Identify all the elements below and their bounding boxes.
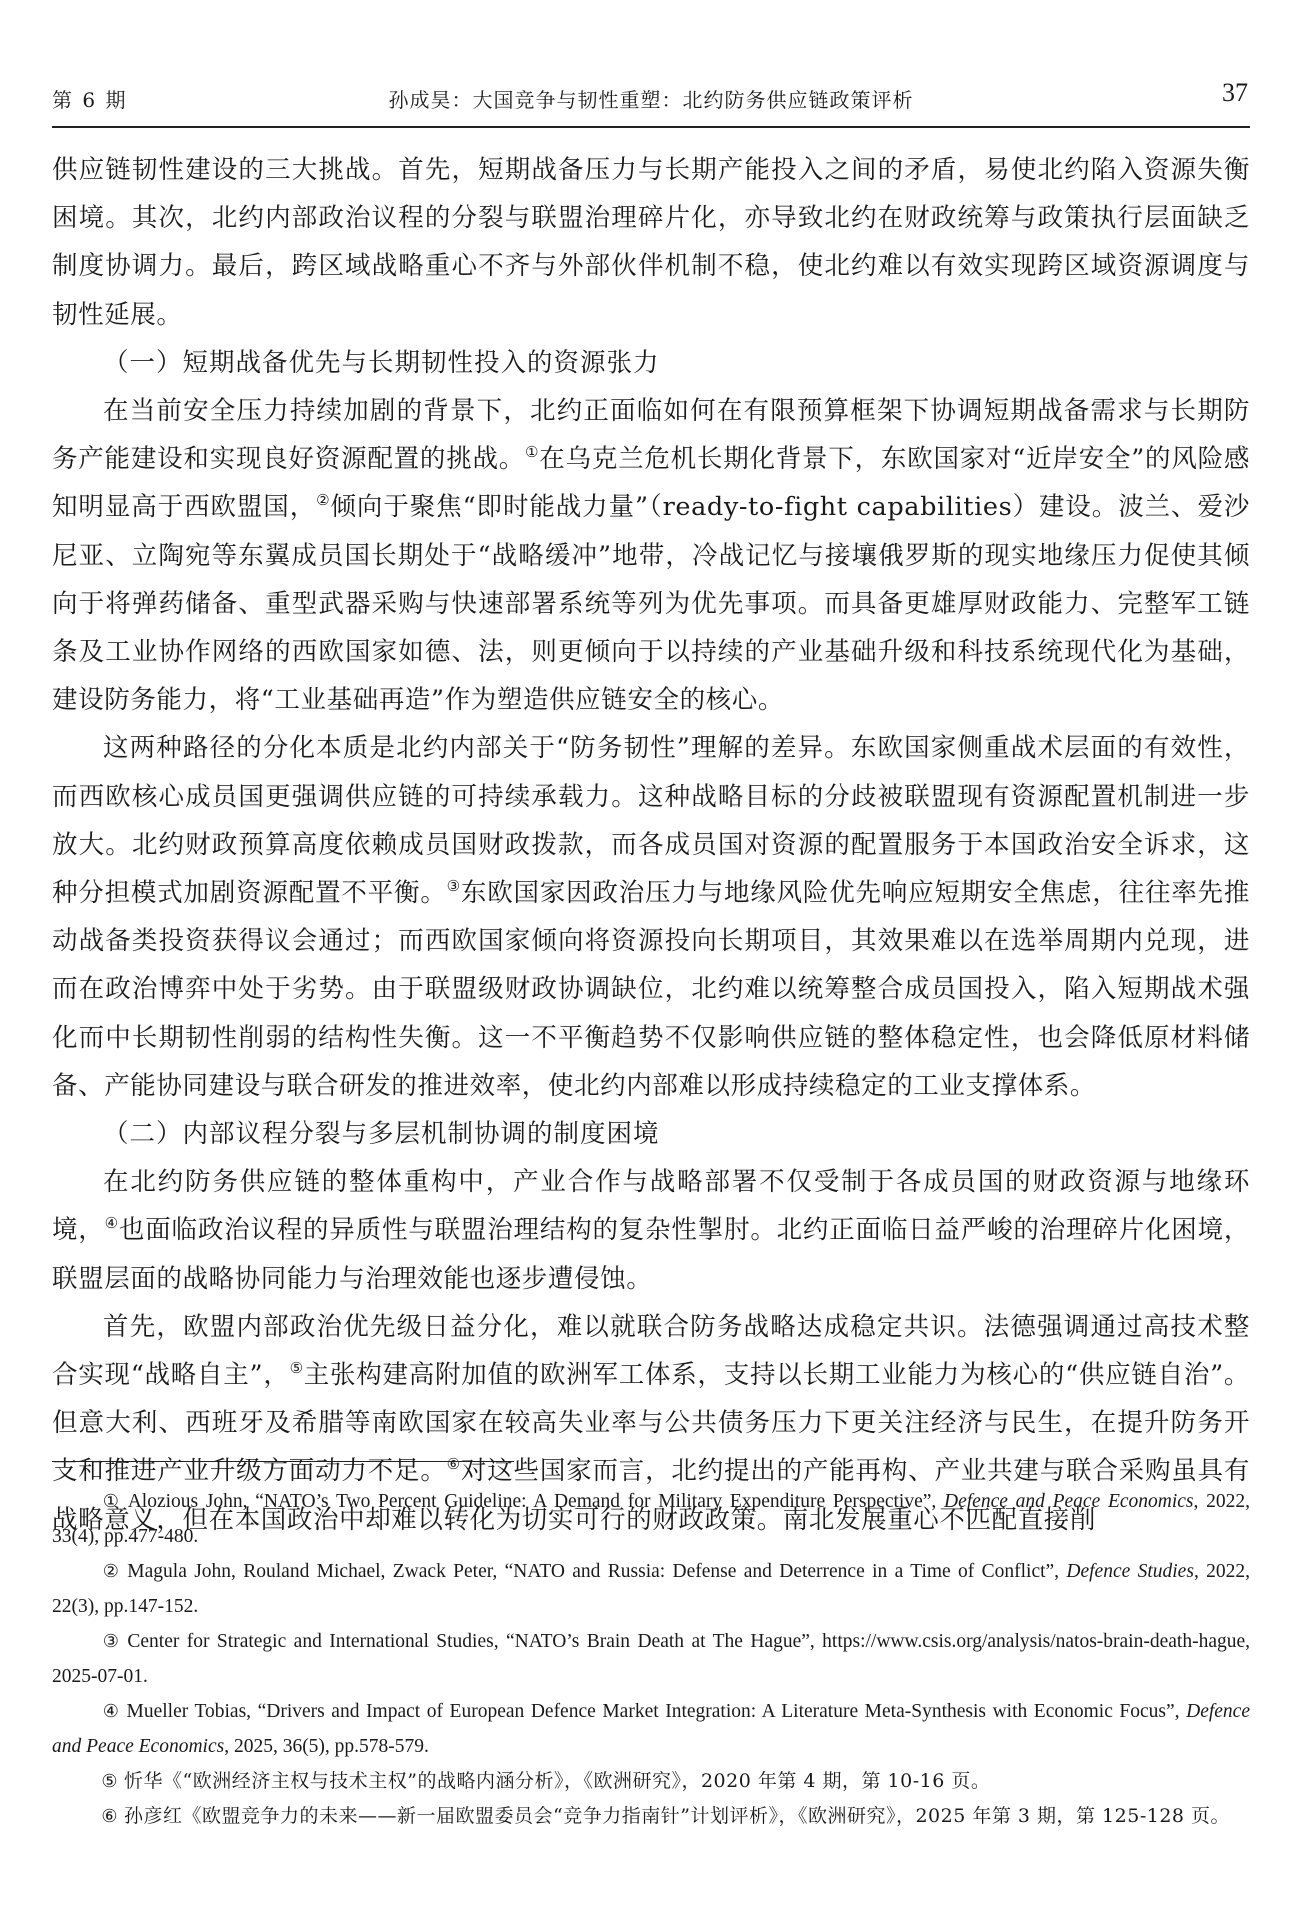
section-heading-2: （二）内部议程分裂与多层机制协调的制度困境: [52, 1110, 1250, 1158]
paragraph-text: 也面临政治议程的异质性与联盟治理结构的复杂性掣肘。北约正面临日益严峻的治理碎片化…: [52, 1215, 1250, 1293]
footnote-marker: ④: [103, 1701, 121, 1722]
footnote-marker: ③: [103, 1631, 122, 1652]
footnote-text: Magula John, Rouland Michael, Zwack Pete…: [127, 1561, 1066, 1582]
footnote-marker: ⑤: [101, 1771, 118, 1792]
paragraph: 在北约防务供应链的整体重构中，产业合作与战略部署不仅受制于各成员国的财政资源与地…: [52, 1158, 1250, 1303]
footnote-marker: ②: [103, 1561, 122, 1582]
footnote-marker: ①: [103, 1491, 122, 1512]
section-heading-1: （一）短期战备优先与长期韧性投入的资源张力: [52, 339, 1250, 387]
footnote-5: ⑤忻华《“欧洲经济主权与技术主权”的战略内涵分析》，《欧洲研究》，2020 年第…: [52, 1764, 1250, 1799]
footnote-1: ①Alozious John, “NATO’s Two Percent Guid…: [52, 1484, 1250, 1554]
running-title: 孙成昊：大国竞争与韧性重塑：北约防务供应链政策评析: [52, 84, 1250, 113]
footnote-ref-4[interactable]: ④: [105, 1214, 119, 1232]
footnotes: ①Alozious John, “NATO’s Two Percent Guid…: [52, 1484, 1250, 1834]
footnote-ref-5[interactable]: ⑤: [290, 1359, 304, 1377]
running-head: 第 6 期 孙成昊：大国竞争与韧性重塑：北约防务供应链政策评析 37: [52, 78, 1250, 118]
article-body: 供应链韧性建设的三大挑战。首先，短期战备压力与长期产能投入之间的矛盾，易使北约陷…: [52, 146, 1250, 1544]
footnote-journal: Defence and Peace Economics: [944, 1491, 1194, 1512]
footnote-journal: Defence Studies: [1066, 1561, 1194, 1582]
footnote-text: 忻华《“欧洲经济主权与技术主权”的战略内涵分析》，《欧洲研究》，2020 年第 …: [124, 1770, 990, 1792]
page-number: 37: [1222, 78, 1248, 108]
paragraph-text: 倾向于聚焦“即时能战力量”（ready-to-fight capabilitie…: [52, 492, 1250, 715]
footnote-ref-3[interactable]: ③: [447, 877, 461, 895]
paragraph-text: 供应链韧性建设的三大挑战。首先，短期战备压力与长期产能投入之间的矛盾，易使北约陷…: [52, 155, 1250, 330]
footnote-6: ⑥孙彦红《欧盟竞争力的未来——新一届欧盟委员会“竞争力指南针”计划评析》，《欧洲…: [52, 1799, 1250, 1834]
paragraph: 在当前安全压力持续加剧的背景下，北约正面临如何在有限预算框架下协调短期战备需求与…: [52, 387, 1250, 724]
paragraph: 供应链韧性建设的三大挑战。首先，短期战备压力与长期产能投入之间的矛盾，易使北约陷…: [52, 146, 1250, 339]
footnote-3: ③Center for Strategic and International …: [52, 1624, 1250, 1694]
footnote-2: ②Magula John, Rouland Michael, Zwack Pet…: [52, 1554, 1250, 1624]
footnote-ref-2[interactable]: ②: [316, 491, 330, 509]
paragraph-text: 东欧国家因政治压力与地缘风险优先响应短期安全焦虑，往往率先推动战备类投资获得议会…: [52, 878, 1250, 1101]
footnote-text-with-link[interactable]: Center for Strategic and International S…: [52, 1631, 1250, 1687]
footnote-tail: , 2025, 36(5), pp.578-579.: [224, 1736, 429, 1757]
footnote-text: Mueller Tobias, “Drivers and Impact of E…: [127, 1701, 1187, 1722]
footnote-text: Alozious John, “NATO’s Two Percent Guide…: [128, 1491, 944, 1512]
footnote-ref-1[interactable]: ①: [525, 443, 539, 461]
paragraph: 这两种路径的分化本质是北约内部关于“防务韧性”理解的差异。东欧国家侧重战术层面的…: [52, 724, 1250, 1110]
footnote-marker: ⑥: [101, 1806, 118, 1827]
footnote-text: 孙彦红《欧盟竞争力的未来——新一届欧盟委员会“竞争力指南针”计划评析》，《欧洲研…: [124, 1805, 1230, 1827]
footnote-4: ④Mueller Tobias, “Drivers and Impact of …: [52, 1694, 1250, 1764]
footnote-divider: [52, 1461, 514, 1462]
header-divider: [52, 126, 1250, 128]
footnote-ref-6[interactable]: ⑥: [447, 1455, 461, 1473]
